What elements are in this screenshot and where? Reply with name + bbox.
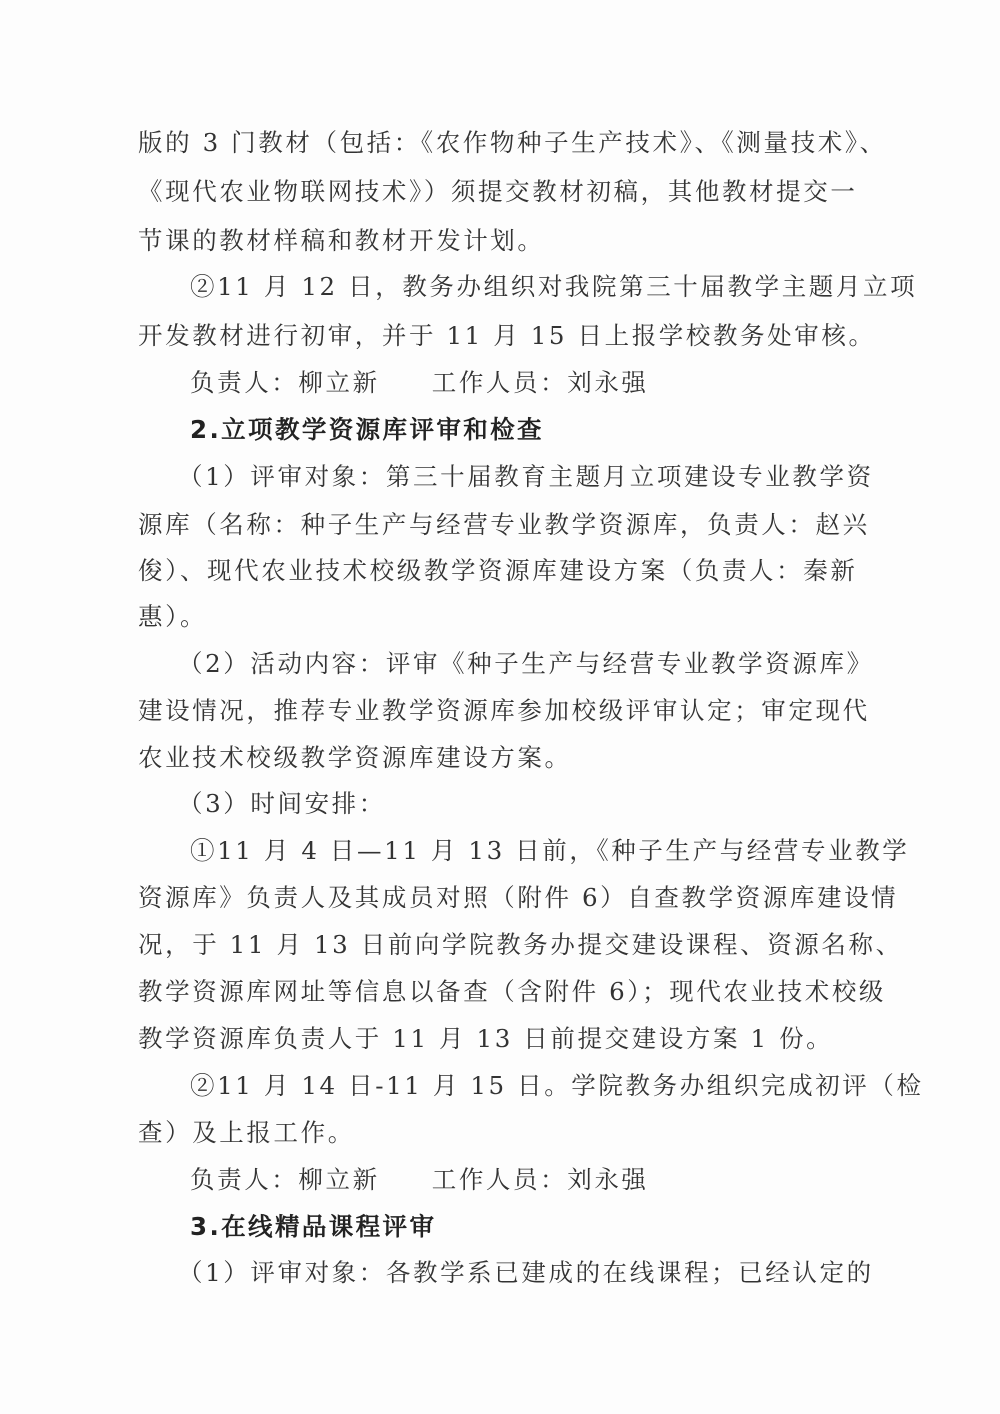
paragraph-line: ②11 月 12 日，教务办组织对我院第三十届教学主题月立项	[190, 270, 920, 304]
paragraph-line: 俊）、现代农业技术校级教学资源库建设方案（负责人：秦新	[138, 554, 868, 588]
paragraph-line: ②11 月 14 日-11 月 15 日。学院教务办组织完成初评（检	[190, 1069, 920, 1103]
leader-label: 负责人：	[190, 1165, 298, 1194]
paragraph-line: 开发教材进行初审，并于 11 月 15 日上报学校教务处审核。	[138, 319, 868, 353]
paragraph-line: （3）时间安排：	[178, 787, 908, 821]
paragraph-line: （1）评审对象：第三十届教育主题月立项建设专业教学资	[178, 460, 908, 494]
paragraph-line: 教学资源库网址等信息以备查（含附件 6）；现代农业技术校级	[138, 975, 868, 1009]
paragraph-line: 教学资源库负责人于 11 月 13 日前提交建设方案 1 份。	[138, 1022, 868, 1056]
paragraph-line: 《现代农业物联网技术》）须提交教材初稿，其他教材提交一	[138, 175, 868, 209]
leader-label: 负责人：	[190, 368, 298, 397]
paragraph-line: 源库（名称：种子生产与经营专业教学资源库，负责人：赵兴	[138, 508, 868, 542]
paragraph-line: （2）活动内容：评审《种子生产与经营专业教学资源库》	[178, 647, 908, 681]
staff-label: 工作人员：	[432, 1165, 568, 1194]
paragraph-line: ①11 月 4 日—11 月 13 日前，《种子生产与经营专业教学	[190, 834, 920, 868]
staff-name: 刘永强	[567, 1165, 648, 1194]
paragraph-line: 农业技术校级教学资源库建设方案。	[138, 741, 868, 775]
section-heading: 2.立项教学资源库评审和检查	[190, 413, 870, 447]
responsible-line: 负责人：柳立新工作人员：刘永强	[190, 1163, 870, 1197]
paragraph-line: （1）评审对象：各教学系已建成的在线课程；已经认定的	[178, 1256, 908, 1290]
document-page: 版的 3 门教材（包括：《农作物种子生产技术》、《测量技术》、 《现代农业物联网…	[0, 0, 1000, 1414]
leader-name: 柳立新	[298, 368, 379, 397]
paragraph-line: 惠）。	[138, 600, 868, 634]
responsible-line: 负责人：柳立新工作人员：刘永强	[190, 366, 870, 400]
paragraph-line: 资源库》负责人及其成员对照（附件 6）自查教学资源库建设情	[138, 881, 868, 915]
paragraph-line: 节课的教材样稿和教材开发计划。	[138, 224, 868, 258]
staff-label: 工作人员：	[432, 368, 568, 397]
paragraph-line: 建设情况，推荐专业教学资源库参加校级评审认定；审定现代	[138, 694, 868, 728]
paragraph-line: 查）及上报工作。	[138, 1116, 868, 1150]
paragraph-line: 版的 3 门教材（包括：《农作物种子生产技术》、《测量技术》、	[138, 126, 868, 160]
section-heading: 3.在线精品课程评审	[190, 1210, 870, 1244]
paragraph-line: 况，于 11 月 13 日前向学院教务办提交建设课程、资源名称、	[138, 928, 868, 962]
leader-name: 柳立新	[298, 1165, 379, 1194]
staff-name: 刘永强	[567, 368, 648, 397]
